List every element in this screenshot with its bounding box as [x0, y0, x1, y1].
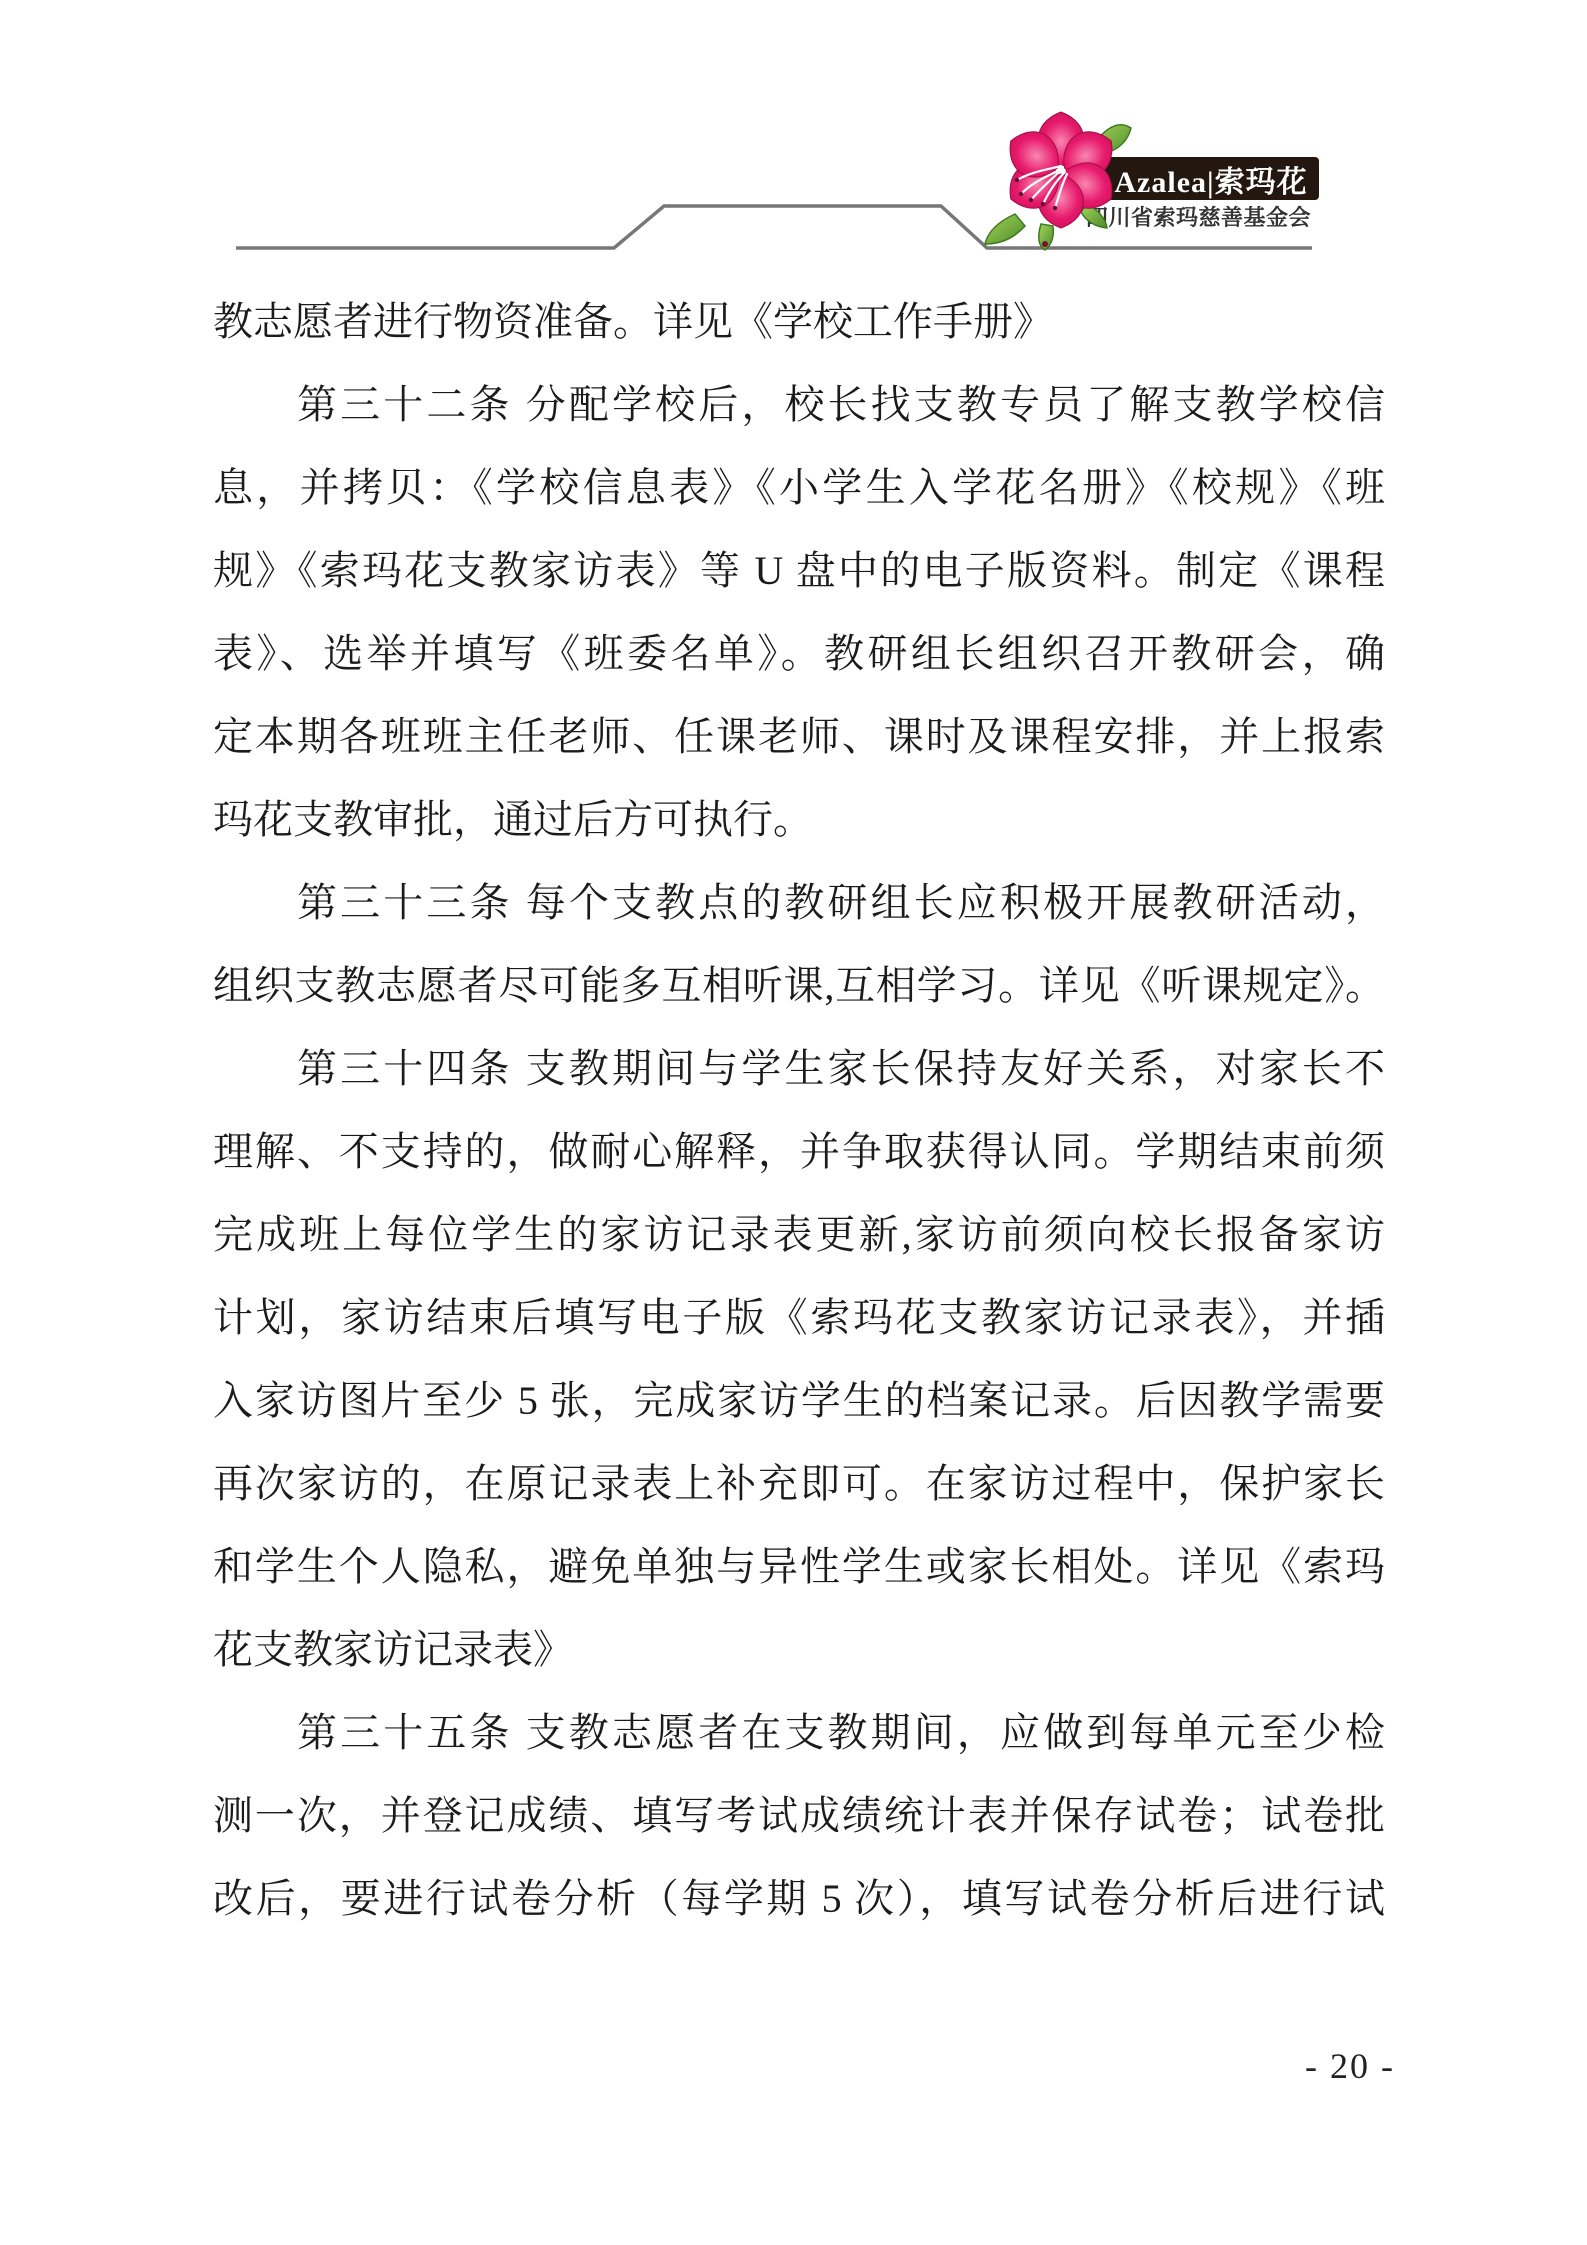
text-line: 再次家访的，在原记录表上补充即可。在家访过程中，保护家长	[213, 1442, 1385, 1525]
text-line: 入家访图片至少 5 张，完成家访学生的档案记录。后因教学需要	[213, 1359, 1385, 1442]
brand-logo: Azalea|索玛花	[1103, 157, 1319, 200]
page-number: - 20 -	[1305, 2045, 1395, 2087]
text-line: 完成班上每位学生的家访记录表更新,家访前须向校长报备家访	[213, 1193, 1385, 1276]
text-line: 第三十四条 支教期间与学生家长保持友好关系，对家长不	[213, 1027, 1385, 1110]
text-line: 花支教家访记录表》	[213, 1608, 1385, 1691]
text-line: 第三十三条 每个支教点的教研组长应积极开展教研活动，	[213, 861, 1385, 944]
text-line: 息，并拷贝：《学校信息表》《小学生入学花名册》《校规》《班	[213, 446, 1385, 529]
text-line: 玛花支教审批，通过后方可执行。	[213, 778, 1385, 861]
text-line: 第三十二条 分配学校后，校长找支教专员了解支教学校信	[213, 363, 1385, 446]
text-line: 计划，家访结束后填写电子版《索玛花支教家访记录表》，并插	[213, 1276, 1385, 1359]
text-line: 测一次，并登记成绩、填写考试成绩统计表并保存试卷；试卷批	[213, 1774, 1385, 1857]
text-line: 第三十五条 支教志愿者在支教期间，应做到每单元至少检	[213, 1691, 1385, 1774]
header-divider-line	[0, 0, 1587, 300]
text-line: 教志愿者进行物资准备。详见《学校工作手册》	[213, 280, 1385, 363]
text-line: 和学生个人隐私，避免单独与异性学生或家长相处。详见《索玛	[213, 1525, 1385, 1608]
document-page: Azalea|索玛花 四川省索玛慈善基金会	[0, 0, 1587, 2245]
brand-logo-text: Azalea|索玛花	[1114, 157, 1307, 201]
text-line: 理解、不支持的，做耐心解释，并争取获得认同。学期结束前须	[213, 1110, 1385, 1193]
text-line: 规》《索玛花支教家访表》等 U 盘中的电子版资料。制定《课程	[213, 529, 1385, 612]
text-line: 组织支教志愿者尽可能多互相听课,互相学习。详见《听课规定》。	[213, 944, 1385, 1027]
text-line: 表》、选举并填写《班委名单》。教研组长组织召开教研会，确	[213, 612, 1385, 695]
flower-bud-dot	[1042, 241, 1048, 247]
azalea-flower-icon	[975, 86, 1133, 252]
document-body: 教志愿者进行物资准备。详见《学校工作手册》 第三十二条 分配学校后，校长找支教专…	[213, 280, 1385, 1940]
text-line: 改后，要进行试卷分析（每学期 5 次），填写试卷分析后进行试	[213, 1857, 1385, 1940]
text-line: 定本期各班班主任老师、任课老师、课时及课程安排，并上报索	[213, 695, 1385, 778]
